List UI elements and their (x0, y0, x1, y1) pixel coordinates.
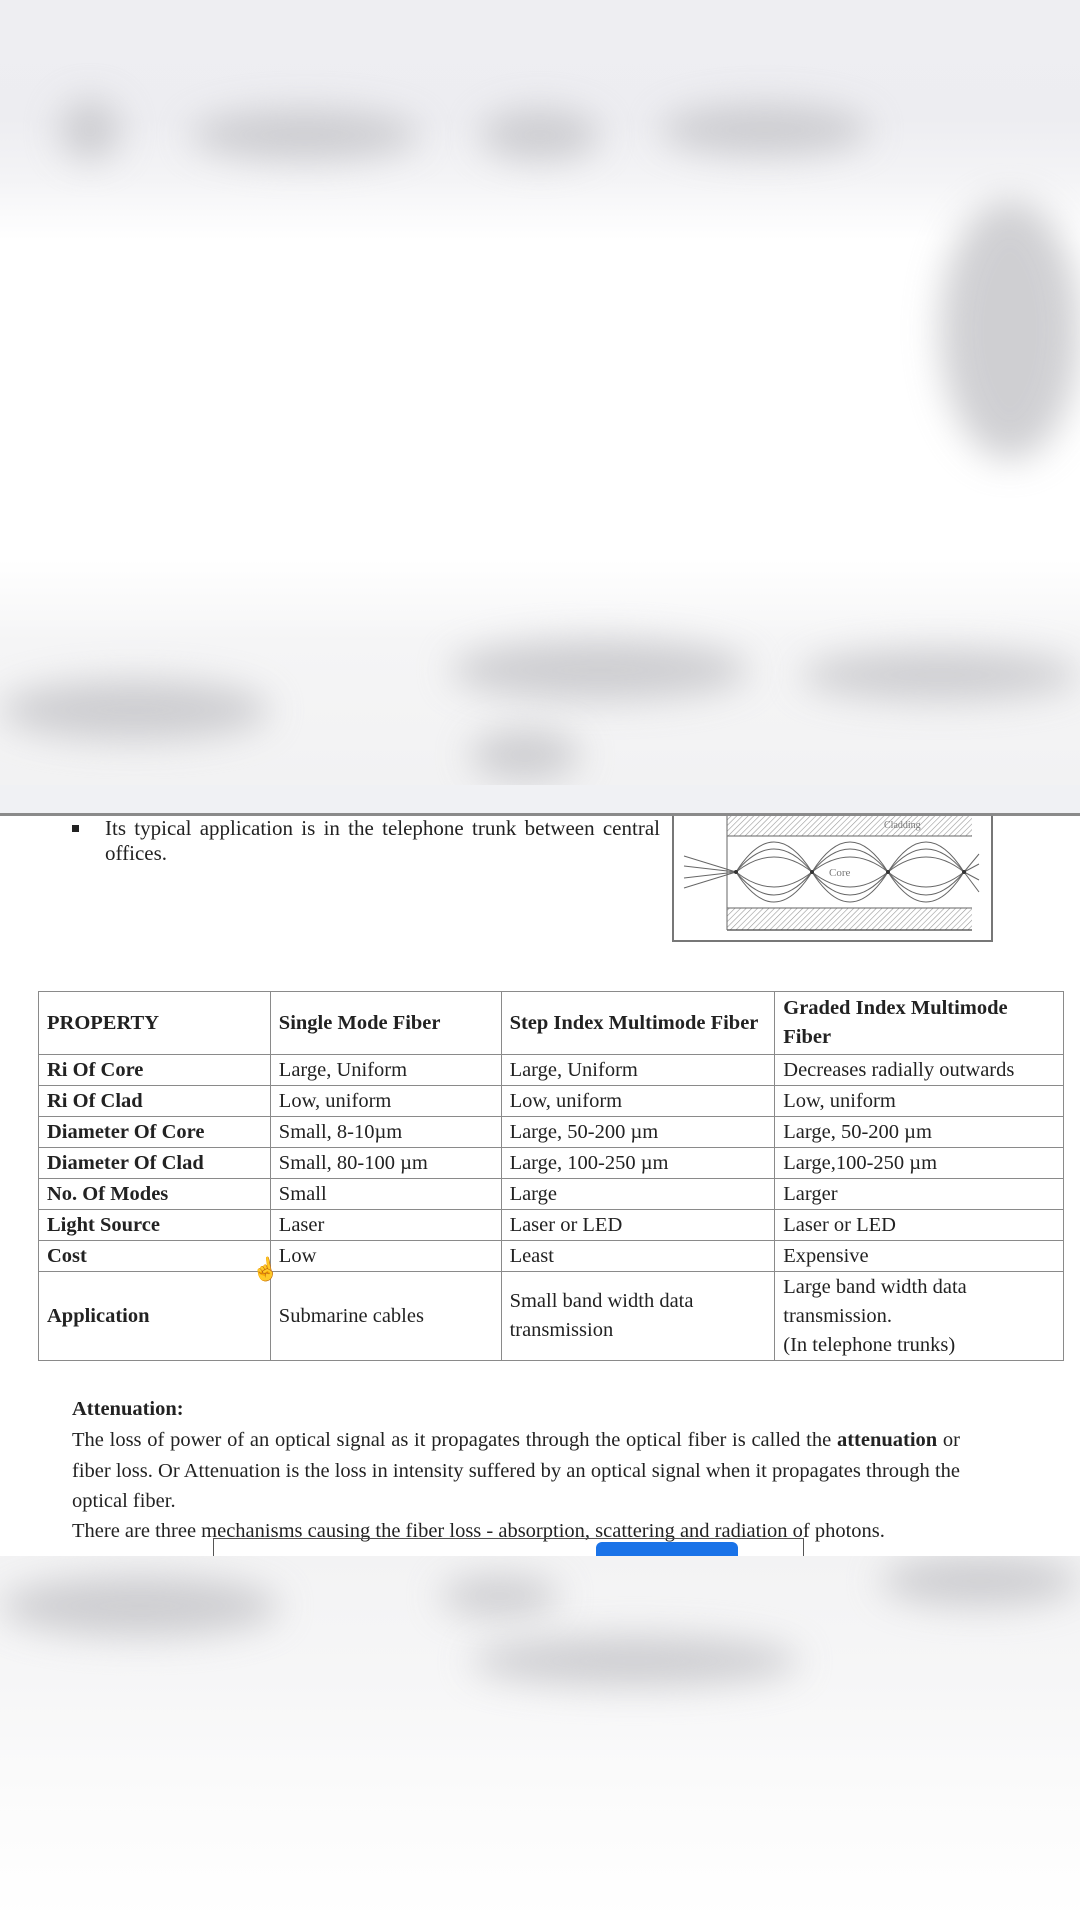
cell-single: Laser (270, 1210, 501, 1241)
bullet-text: Its typical application is in the teleph… (105, 816, 660, 866)
cell-single: Small, 80-100 µm (270, 1148, 501, 1179)
cell-step: Large, 100-250 µm (501, 1148, 775, 1179)
header-single-mode: Single Mode Fiber (270, 992, 501, 1055)
cell-property: Application (39, 1272, 271, 1361)
mechanisms-line: There are three mechanisms causing the f… (72, 1516, 972, 1544)
bullet-icon (72, 825, 79, 832)
cell-graded: Low, uniform (775, 1086, 1064, 1117)
cell-step: Large, Uniform (501, 1055, 775, 1086)
table-row: No. Of Modes Small Large Larger (39, 1179, 1064, 1210)
document-page[interactable]: Its typical application is in the teleph… (0, 816, 1080, 1556)
cell-step: Low, uniform (501, 1086, 775, 1117)
cell-property: No. Of Modes (39, 1179, 271, 1210)
table-row: Diameter Of Clad Small, 80-100 µm Large,… (39, 1148, 1064, 1179)
svg-text:Cladding: Cladding (884, 820, 921, 831)
cell-graded: Laser or LED (775, 1210, 1064, 1241)
cell-graded-line1: Large band width data transmission. (783, 1273, 1055, 1331)
bullet-item: Its typical application is in the teleph… (70, 816, 660, 866)
cell-graded: Large, 50-200 µm (775, 1117, 1064, 1148)
attenuation-bold-term: attenuation (837, 1429, 937, 1451)
table-row: Ri Of Core Large, Uniform Large, Uniform… (39, 1055, 1064, 1086)
cell-graded: Decreases radially outwards (775, 1055, 1064, 1086)
cell-single: Low, uniform (270, 1086, 501, 1117)
cell-graded: Large band width data transmission. (In … (775, 1272, 1064, 1361)
cell-step: Laser or LED (501, 1210, 775, 1241)
cell-property: Ri Of Core (39, 1055, 271, 1086)
document-top-strip (0, 785, 1080, 815)
attenuation-heading: Attenuation: (72, 1398, 184, 1421)
cell-single: Low (270, 1241, 501, 1272)
table-row: Cost Low Least Expensive (39, 1241, 1064, 1272)
attenuation-text-1: The loss of power of an optical signal a… (72, 1429, 837, 1451)
blurred-app-header (0, 0, 1080, 785)
table-header-row: PROPERTY Single Mode Fiber Step Index Mu… (39, 992, 1064, 1055)
table-row: Ri Of Clad Low, uniform Low, uniform Low… (39, 1086, 1064, 1117)
header-step-index: Step Index Multimode Fiber (501, 992, 775, 1055)
attenuation-paragraph: The loss of power of an optical signal a… (72, 1425, 960, 1517)
cell-property: Diameter Of Core (39, 1117, 271, 1148)
cell-property: Diameter Of Clad (39, 1148, 271, 1179)
table-row: Light Source Laser Laser or LED Laser or… (39, 1210, 1064, 1241)
cell-graded: Larger (775, 1179, 1064, 1210)
cell-step: Least (501, 1241, 775, 1272)
header-graded-index: Graded Index Multimode Fiber (775, 992, 1064, 1055)
overlay-panel-edge (213, 1538, 803, 1539)
cell-step: Large, 50-200 µm (501, 1117, 775, 1148)
cell-step: Large (501, 1179, 775, 1210)
fiber-comparison-table: PROPERTY Single Mode Fiber Step Index Mu… (38, 991, 1064, 1361)
cell-single: Small, 8-10µm (270, 1117, 501, 1148)
graded-index-fiber-figure: Cladding Core (672, 816, 993, 942)
fiber-diagram-icon: Cladding Core (674, 816, 991, 940)
cell-step: Small band width data transmission (501, 1272, 775, 1361)
cell-single: Large, Uniform (270, 1055, 501, 1086)
table-row-application: Application Submarine cables Small band … (39, 1272, 1064, 1361)
svg-text:Core: Core (829, 867, 851, 879)
cell-property: Cost (39, 1241, 271, 1272)
cell-single: Submarine cables (270, 1272, 501, 1361)
cell-property: Ri Of Clad (39, 1086, 271, 1117)
cell-property: Light Source (39, 1210, 271, 1241)
cell-graded-line2: (In telephone trunks) (783, 1331, 1055, 1360)
cell-single: Small (270, 1179, 501, 1210)
table-row: Diameter Of Core Small, 8-10µm Large, 50… (39, 1117, 1064, 1148)
hand-cursor-icon: ☝ (250, 1255, 282, 1285)
cell-graded: Large,100-250 µm (775, 1148, 1064, 1179)
cell-graded: Expensive (775, 1241, 1064, 1272)
blurred-bottom-panel (0, 1556, 1080, 1920)
header-property: PROPERTY (39, 992, 271, 1055)
overlay-panel-left-edge (213, 1538, 214, 1556)
overlay-panel-right-edge (803, 1538, 804, 1556)
